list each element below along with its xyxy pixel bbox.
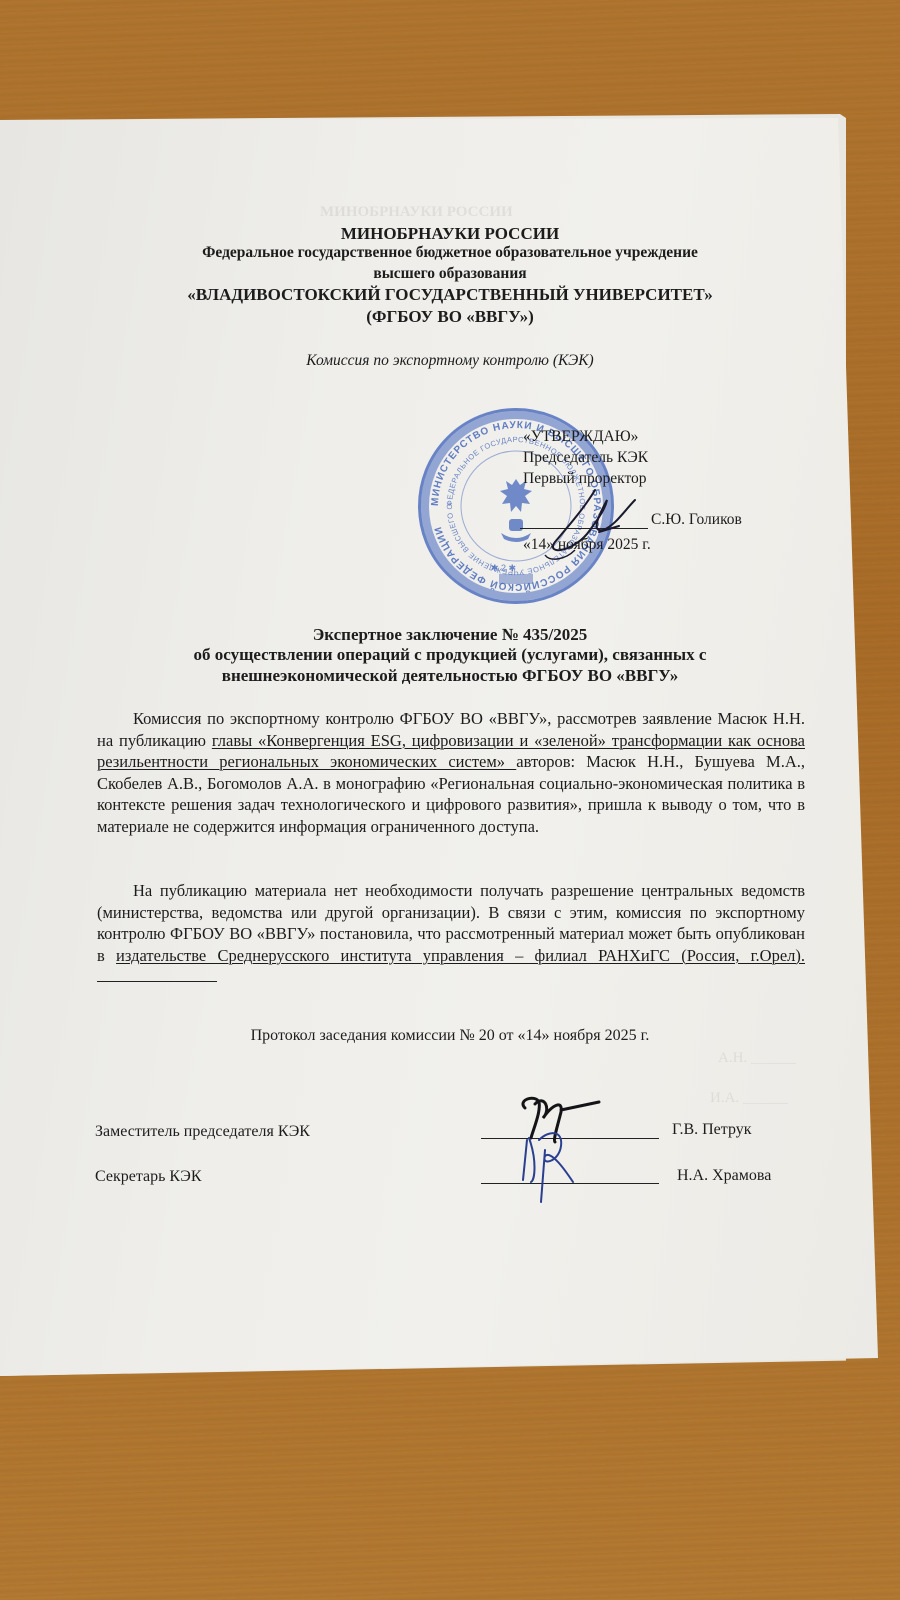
signatory-role-secretary: Секретарь КЭК xyxy=(95,1168,202,1186)
show-through-text: А.Н. ______ xyxy=(718,1050,796,1067)
signatory-name-secretary: Н.А. Храмова xyxy=(677,1167,771,1185)
approval-name: С.Ю. Голиков xyxy=(651,511,742,529)
document-content: МИНОБРНАУКИ РОССИИ А.Н. ______ И.А. ____… xyxy=(0,0,900,1600)
header-university: «ВЛАДИВОСТОКСКИЙ ГОСУДАРСТВЕННЫЙ УНИВЕРС… xyxy=(100,285,800,305)
header-commission: Комиссия по экспортному контролю (КЭК) xyxy=(100,352,800,370)
protocol-reference: Протокол заседания комиссии № 20 от «14»… xyxy=(100,1027,800,1045)
secretary-signature-icon xyxy=(515,1110,585,1205)
document-title: Экспертное заключение № 435/2025 xyxy=(100,625,800,645)
show-through-text: И.А. ______ xyxy=(710,1090,788,1107)
fill-line xyxy=(97,980,217,982)
signatory-role-deputy: Заместитель председателя КЭК xyxy=(95,1123,310,1141)
show-through-text: МИНОБРНАУКИ РОССИИ xyxy=(320,204,513,221)
header-abbreviation: (ФГБОУ ВО «ВВГУ») xyxy=(100,307,800,327)
svg-text:✱ 2 ✱: ✱ 2 ✱ xyxy=(491,563,516,573)
document-subtitle-line1: об осуществлении операций с продукцией (… xyxy=(100,645,800,665)
signatory-name-deputy: Г.В. Петрук xyxy=(672,1121,752,1139)
header-institution-level: высшего образования xyxy=(100,265,800,283)
publisher-underlined: издательстве Среднерусского института уп… xyxy=(116,946,805,965)
document-subtitle-line2: внешнеэкономической деятельностью ФГБОУ … xyxy=(100,666,800,686)
paragraph-decision: На публикацию материала нет необходимост… xyxy=(97,880,805,988)
approval-position: Председатель КЭК xyxy=(523,449,648,467)
paragraph-conclusion: Комиссия по экспортному контролю ФГБОУ В… xyxy=(97,708,805,837)
approval-label: «УТВЕРЖДАЮ» xyxy=(523,428,638,446)
header-institution-type: Федеральное государственное бюджетное об… xyxy=(100,244,800,262)
header-ministry: МИНОБРНАУКИ РОССИИ xyxy=(100,224,800,244)
chairman-signature-icon xyxy=(535,470,655,570)
